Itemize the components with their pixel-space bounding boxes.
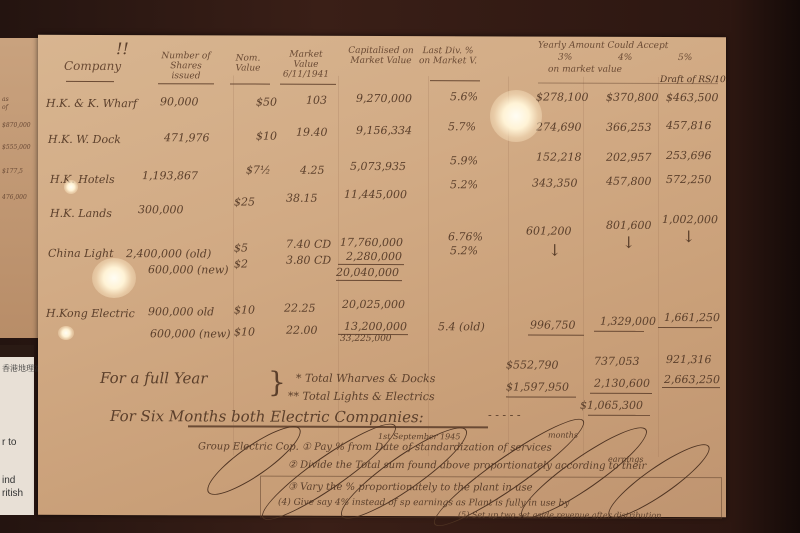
total2-3pct: $1,597,950 [506,380,569,393]
market-value: 103 [306,94,327,107]
company-name: H.K. Hotels [50,173,115,186]
yearly-3: 274,690 [536,121,582,134]
punch-hole [64,180,78,194]
dashes: - - - - - [488,408,521,421]
label-line: r to [2,437,16,448]
market-value: 38.15 [286,192,318,205]
capitalised: 5,073,935 [350,160,406,173]
yearly-4: 202,957 [606,151,652,164]
header-company: Company [64,61,121,71]
label-line: 香港地理富 [2,363,42,374]
adjacent-document: as of $870,000 $555,000 $177,5 476,000 [0,38,38,338]
yearly-5: 572,250 [666,173,712,186]
six-months-total: $1,065,300 [580,399,643,412]
last-div: 5.9% [450,154,478,167]
market-value: 7.40 CD [286,238,331,251]
yearly-5: $463,500 [666,91,719,104]
capitalised: 20,025,000 [342,298,405,311]
header-last-div: Last Div. % on Market V. [418,46,478,66]
light-reflection [92,258,136,298]
punch-hole [58,326,74,340]
yearly-5: 1,661,250 [664,311,720,324]
nom-value: $10 [256,130,277,143]
arrow-down-icon: ↓ [682,227,695,246]
yearly-4: 366,253 [606,121,652,134]
label-line: ind [2,475,15,486]
header-market-value: Market Value 6/11/1941 [276,50,336,80]
nom-value: $50 [256,96,277,109]
yearly-4: 801,600 [606,219,652,232]
adj-line: $870,000 [2,122,31,129]
capitalised: 9,156,334 [356,124,412,137]
capitalised: 9,270,000 [356,92,412,105]
shares: 300,000 [138,203,184,216]
shares: 1,193,867 [142,169,198,182]
total2-5pct: 2,663,250 [664,373,720,386]
nom-value: $25 [234,195,255,208]
adj-line: $555,000 [2,144,31,151]
top-mark: !! [116,39,129,58]
shares: 900,000 old [148,305,214,318]
capitalised-total: 20,040,000 [336,266,399,279]
shares-new: 600,000 (new) [148,263,229,276]
light-reflection [490,90,542,142]
shares: 2,400,000 (old) [126,247,211,260]
capitalised-new: 13,200,000 [344,320,407,333]
total-wharves-label: * Total Wharves & Docks [296,372,435,385]
header-4pct: 4% [618,53,632,63]
capitalised: 17,760,000 [340,236,403,249]
yearly-5: 1,002,000 [662,213,718,226]
company-name: H.K. W. Dock [48,133,121,146]
header-5pct: 5% [678,53,692,63]
company-name: H.Kong Electric [46,307,135,320]
label-line: ritish [2,488,23,499]
last-div-new: 5.2% [450,244,478,257]
header-3pct: 3% [558,53,572,63]
total2-4pct: 2,130,600 [594,377,650,390]
capitalised-new: 2,280,000 [346,250,402,263]
shares-new: 600,000 (new) [150,327,231,340]
full-year-label: For a full Year [100,369,207,387]
yearly-5: 457,816 [666,119,712,132]
yearly-3: 996,750 [530,319,576,332]
nom-value: $5 [234,241,248,254]
museum-label: 香港地理富 r to ind ritish [0,345,34,515]
yearly-3: 152,218 [536,151,582,164]
adj-line: as [2,96,9,103]
market-value-new: 3.80 CD [286,254,331,267]
shares: 471,976 [164,131,210,144]
company-name: China Light [48,247,114,260]
adj-line: of [2,104,8,111]
arrow-down-icon: ↓ [622,233,635,252]
header-yearly: Yearly Amount Could Accept [538,41,668,51]
adj-line: 476,000 [2,194,27,201]
nom-value: $7½ [246,164,271,177]
header-yearly-sub: on market value [548,65,622,75]
last-div: 5.4 (old) [438,320,485,333]
yearly-3: $278,100 [536,91,589,104]
market-value-new: 22.00 [286,324,318,337]
company-name: H.K. & K. Wharf [46,97,137,110]
total1-5pct: 921,316 [666,353,712,366]
total-lights-label: ** Total Lights & Electrics [288,390,435,404]
nom-value: $10 [234,303,255,316]
yearly-4: $370,800 [606,91,659,104]
nom-value-new: $10 [234,325,255,338]
header-shares: Number of Shares issued [156,51,216,81]
total1-3pct: $552,790 [506,358,559,371]
last-div: 6.76% [448,230,483,243]
capitalised-total: 33,225,000 [340,334,392,344]
capitalised: 11,445,000 [344,188,407,201]
frame-edge [730,0,800,533]
six-months-label: For Six Months both Electric Companies: [110,407,424,426]
market-value: 22.25 [284,302,316,315]
yearly-3: 601,200 [526,225,572,238]
header-nom-value: Nom. Value [228,53,268,73]
yearly-5: 253,696 [666,149,712,162]
brace-icon: } [268,366,286,399]
shares: 90,000 [160,95,199,108]
yearly-4: 457,800 [606,175,652,188]
last-div: 5.7% [448,120,476,133]
adj-line: $177,5 [2,168,23,175]
market-value: 4.25 [300,164,325,177]
last-div: 5.2% [450,178,478,191]
header-capitalised: Capitalised on Market Value [346,46,416,66]
yearly-4: 1,329,000 [600,315,656,328]
company-name: H.K. Lands [50,207,112,220]
ledger-document: !! Company Number of Shares issued Nom. … [38,35,726,517]
last-div: 5.6% [450,90,478,103]
market-value: 19.40 [296,126,328,139]
nom-value-new: $2 [234,257,248,270]
total1-4pct: 737,053 [594,355,640,368]
yearly-3: 343,350 [532,177,578,190]
arrow-down-icon: ↓ [548,241,561,260]
